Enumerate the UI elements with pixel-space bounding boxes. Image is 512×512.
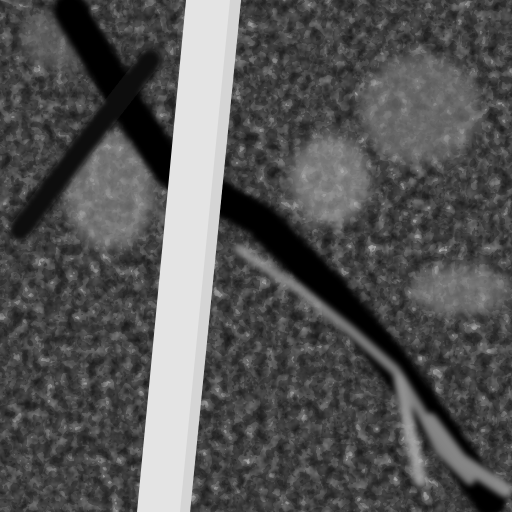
aerial-photo xyxy=(0,0,512,512)
aerial-photo-canvas xyxy=(0,0,512,512)
